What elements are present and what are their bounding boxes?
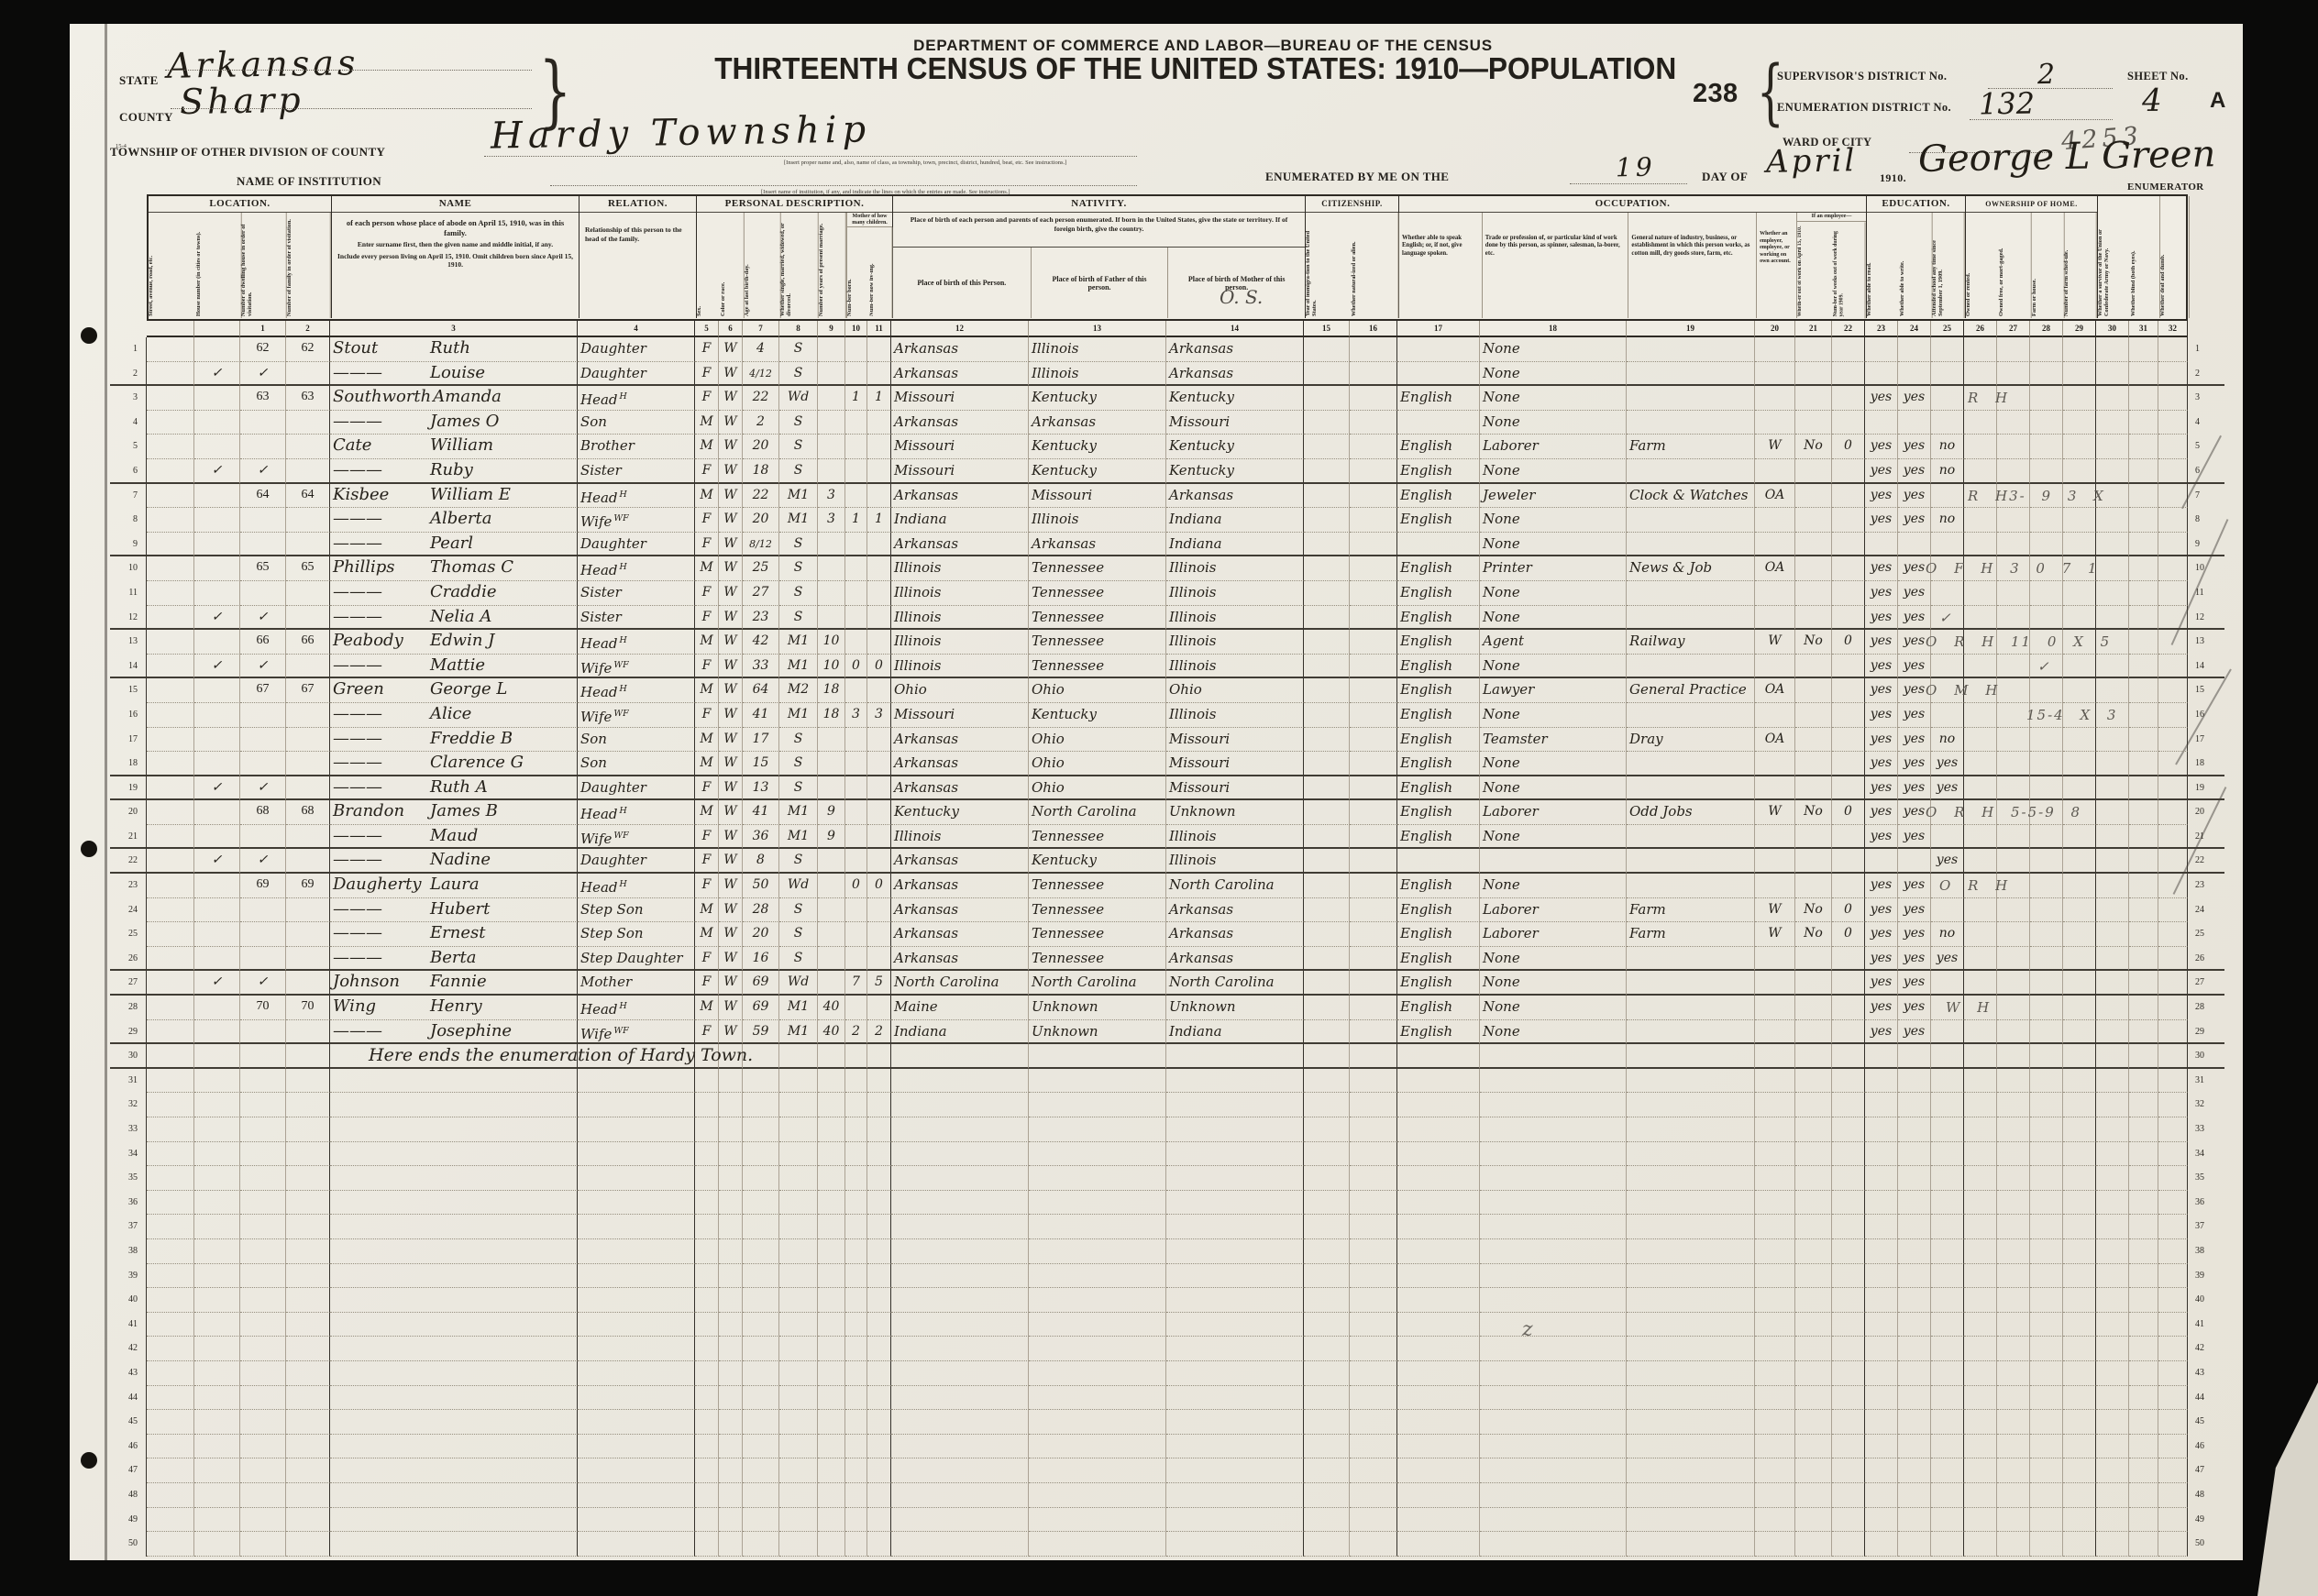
census-line-19: 19✓✓———Ruth ADaughterFW13SArkansasOhioMi… [110, 776, 2224, 801]
cell-own [1964, 1532, 1997, 1557]
cell-read: yes [1865, 752, 1898, 776]
cell-write [1898, 1288, 1931, 1313]
cell-blind [2129, 996, 2158, 1020]
cell-nat [1350, 1117, 1397, 1142]
cell-rel: HeadH [578, 874, 695, 898]
cell-st [147, 1337, 194, 1361]
cell-trade [1480, 1288, 1627, 1313]
cell-sch: no [1931, 459, 1964, 484]
cell-imm [1304, 825, 1350, 850]
cell-pm: Illinois [1166, 581, 1304, 606]
cell-ind [1627, 1117, 1755, 1142]
cell-lnR: 27 [2188, 971, 2224, 996]
cell-cb [845, 411, 867, 435]
cell-st [147, 435, 194, 459]
cell-fm [1997, 1361, 2030, 1386]
cell-blind [2129, 556, 2158, 581]
cell-yrs [818, 1166, 845, 1191]
cell-surv [2096, 556, 2129, 581]
cell-trade: Laborer [1480, 898, 1627, 923]
cell-fam [286, 1508, 330, 1533]
cell-cb [845, 1508, 867, 1533]
cell-surv [2096, 678, 2129, 703]
cell-trade: Lawyer [1480, 678, 1627, 703]
cell-yrs [818, 459, 845, 484]
cell-emp [1755, 752, 1795, 776]
cell-rel: HeadH [578, 386, 695, 411]
cell-pob [891, 1435, 1029, 1459]
cell-fs [2063, 1239, 2096, 1264]
cell-pm: Illinois [1166, 703, 1304, 728]
cell-dw [240, 1264, 286, 1289]
cell-out [1795, 386, 1832, 411]
cell-eng [1397, 1215, 1480, 1239]
cell-fm [1997, 337, 2030, 362]
cell-color: W [719, 971, 743, 996]
cell-dw [240, 752, 286, 776]
cell-fam [286, 1532, 330, 1557]
cell-fs [2063, 1117, 2096, 1142]
cell-read [1865, 1264, 1898, 1289]
cell-lnR: 11 [2188, 581, 2224, 606]
cell-fh [2030, 996, 2063, 1020]
cell-imm [1304, 1337, 1350, 1361]
cell-trade [1480, 1458, 1627, 1483]
cell-ind [1627, 996, 1755, 1020]
cell-sch [1931, 1386, 1964, 1411]
cell-out [1795, 459, 1832, 484]
cell-write: yes [1898, 971, 1931, 996]
cell-hn [194, 1069, 240, 1094]
cell-fh [2030, 752, 2063, 776]
cell-own [1964, 728, 1997, 753]
cell-own [1964, 1337, 1997, 1361]
cell-blind [2129, 533, 2158, 557]
column-number [194, 321, 240, 337]
cell-dw: 69 [240, 874, 286, 898]
cell-pob: Arkansas [891, 533, 1029, 557]
cell-fh [2030, 1532, 2063, 1557]
cell-fs [2063, 1288, 2096, 1313]
col-school: Attended school any time since September… [1932, 213, 1965, 318]
cell-color: W [719, 630, 743, 655]
cell-name [330, 1458, 578, 1483]
cell-lnL: 23 [110, 874, 147, 898]
cell-hn [194, 1166, 240, 1191]
cell-st [147, 337, 194, 362]
cell-color [719, 1142, 743, 1167]
cell-trade: None [1480, 703, 1627, 728]
cell-lnL: 17 [110, 728, 147, 753]
cell-nat [1350, 1020, 1397, 1045]
cell-trade [1480, 1044, 1627, 1069]
cell-name: ———Ruby [330, 459, 578, 484]
cell-deaf [2158, 1386, 2188, 1411]
cell-fm [1997, 1166, 2030, 1191]
cell-pf: Tennessee [1029, 655, 1166, 679]
cell-ind [1627, 947, 1755, 972]
cell-st [147, 849, 194, 874]
cell-read: yes [1865, 971, 1898, 996]
cell-trade: None [1480, 1020, 1627, 1045]
cell-eng [1397, 1410, 1480, 1435]
cell-dw [240, 411, 286, 435]
cell-surv [2096, 533, 2129, 557]
cell-color [719, 1239, 743, 1264]
cell-pf: Ohio [1029, 776, 1166, 801]
cell-imm [1304, 533, 1350, 557]
cell-fs [2063, 581, 2096, 606]
cell-out: No [1795, 922, 1832, 947]
cell-lnL: 15 [110, 678, 147, 703]
cell-dw [240, 1410, 286, 1435]
cell-lnL: 2 [110, 362, 147, 387]
cell-sex [695, 1483, 719, 1508]
cell-name [330, 1264, 578, 1289]
cell-deaf [2158, 849, 2188, 874]
cell-wks [1832, 606, 1865, 631]
cell-mar [779, 1458, 818, 1483]
cell-lnR: 7 [2188, 484, 2224, 509]
cell-imm [1304, 800, 1350, 825]
cell-deaf [2158, 386, 2188, 411]
cell-trade: None [1480, 459, 1627, 484]
cell-nat [1350, 1166, 1397, 1191]
cell-age [743, 1264, 779, 1289]
cell-fs [2063, 825, 2096, 850]
cell-wks [1832, 1337, 1865, 1361]
cell-pf [1029, 1093, 1166, 1117]
cell-trade [1480, 1508, 1627, 1533]
cell-imm [1304, 606, 1350, 631]
cell-dw: 68 [240, 800, 286, 825]
name-desc-3: Include every person living on April 15,… [337, 252, 573, 270]
cell-yrs: 40 [818, 996, 845, 1020]
cell-wks [1832, 1532, 1865, 1557]
cell-st [147, 1532, 194, 1557]
cell-fs [2063, 947, 2096, 972]
cell-pm: Missouri [1166, 728, 1304, 753]
cell-write: yes [1898, 898, 1931, 923]
census-line-10: 106565PhillipsThomas CHeadHMW25SIllinois… [110, 556, 2224, 581]
cell-pob: Missouri [891, 703, 1029, 728]
cell-hn [194, 728, 240, 753]
cell-own [1964, 362, 1997, 387]
cell-dw [240, 1093, 286, 1117]
cell-lnL: 6 [110, 459, 147, 484]
col-birthplace-person: Place of birth of this Person. [893, 248, 1031, 318]
cell-cb: 7 [845, 971, 867, 996]
cell-color: W [719, 874, 743, 898]
cell-out [1795, 1337, 1832, 1361]
cell-name [330, 1313, 578, 1337]
cell-hn: ✓ [194, 459, 240, 484]
cell-yrs [818, 1239, 845, 1264]
cell-write: yes [1898, 508, 1931, 533]
cell-emp [1755, 386, 1795, 411]
cell-blind [2129, 362, 2158, 387]
cell-lnR: 14 [2188, 655, 2224, 679]
cell-eng: English [1397, 508, 1480, 533]
cell-blind [2129, 971, 2158, 996]
cell-read: yes [1865, 655, 1898, 679]
cell-fh [2030, 533, 2063, 557]
cell-lnL: 13 [110, 630, 147, 655]
cell-st [147, 1044, 194, 1069]
cell-st [147, 1483, 194, 1508]
cell-imm [1304, 728, 1350, 753]
cell-lnR: 18 [2188, 752, 2224, 776]
cell-blind [2129, 728, 2158, 753]
cell-yrs [818, 1532, 845, 1557]
cell-mar: M1 [779, 825, 818, 850]
column-number: 28 [2030, 321, 2063, 337]
cell-out [1795, 533, 1832, 557]
cell-sex: F [695, 703, 719, 728]
cell-pm: Kentucky [1166, 459, 1304, 484]
cell-fm [1997, 1044, 2030, 1069]
cell-read: yes [1865, 459, 1898, 484]
cell-imm [1304, 581, 1350, 606]
cell-hn [194, 1117, 240, 1142]
pencil-annotation: ✓ [1939, 606, 1953, 630]
pencil-annotation: O F H 3 0 7 1 [1926, 556, 2099, 580]
cell-fs [2063, 1020, 2096, 1045]
census-line-46: 4646 [110, 1435, 2224, 1459]
cell-yrs [818, 1215, 845, 1239]
cell-pf [1029, 1483, 1166, 1508]
cell-hn [194, 1093, 240, 1117]
cell-fam: 66 [286, 630, 330, 655]
cell-mar [779, 1117, 818, 1142]
cell-mar: M2 [779, 678, 818, 703]
col-weeks-out: Num-ber of weeks out of work during year… [1833, 222, 1866, 318]
cell-fm [1997, 508, 2030, 533]
cell-hn [194, 386, 240, 411]
cell-imm [1304, 1020, 1350, 1045]
cell-own [1964, 1288, 1997, 1313]
cell-blind [2129, 630, 2158, 655]
cell-sex: M [695, 435, 719, 459]
cell-fam: 68 [286, 800, 330, 825]
cell-yrs [818, 971, 845, 996]
cell-blind [2129, 800, 2158, 825]
cell-st [147, 1361, 194, 1386]
cell-hn [194, 1508, 240, 1533]
cell-name: ———Pearl [330, 533, 578, 557]
cell-trade [1480, 1337, 1627, 1361]
cell-name: DaughertyLaura [330, 874, 578, 898]
cell-fam: 70 [286, 996, 330, 1020]
cell-nat [1350, 655, 1397, 679]
cell-trade [1480, 1093, 1627, 1117]
cell-fs [2063, 1532, 2096, 1557]
cell-fh [2030, 1508, 2063, 1533]
cell-color: W [719, 752, 743, 776]
cell-cb [845, 1386, 867, 1411]
cell-blind [2129, 1386, 2158, 1411]
cell-sex: M [695, 556, 719, 581]
cell-surv [2096, 728, 2129, 753]
cell-read [1865, 1508, 1898, 1533]
census-line-29: 29———JosephineWifeWFFW59M14022IndianaUnk… [110, 1020, 2224, 1045]
nativity-desc: Place of birth of each person and parent… [893, 213, 1305, 248]
cell-age: 4/12 [743, 362, 779, 387]
cell-age: 36 [743, 825, 779, 850]
cell-hn [194, 1239, 240, 1264]
cell-fam [286, 947, 330, 972]
cell-fs [2063, 678, 2096, 703]
cell-fm [1997, 1410, 2030, 1435]
cell-lnR: 6 [2188, 459, 2224, 484]
cell-out [1795, 508, 1832, 533]
cell-pob [891, 1093, 1029, 1117]
cell-fam [286, 655, 330, 679]
header-group-citizenship: CITIZENSHIP. Year of immigra-tion to the… [1306, 196, 1399, 318]
cell-fam [286, 1239, 330, 1264]
cell-blind [2129, 1435, 2158, 1459]
cell-fm [1997, 581, 2030, 606]
cell-mar: M1 [779, 630, 818, 655]
cell-pob: Arkansas [891, 362, 1029, 387]
cell-trade: Laborer [1480, 435, 1627, 459]
cell-pob: Arkansas [891, 411, 1029, 435]
cell-nat [1350, 435, 1397, 459]
cell-dw: 66 [240, 630, 286, 655]
cell-fs [2063, 728, 2096, 753]
cell-imm [1304, 655, 1350, 679]
state-line [165, 70, 532, 71]
cell-st [147, 874, 194, 898]
cell-color [719, 1337, 743, 1361]
cell-lnR: 49 [2188, 1508, 2224, 1533]
cell-trade [1480, 1361, 1627, 1386]
cell-color: W [719, 533, 743, 557]
pencil-annotation: W H [1946, 996, 1991, 1019]
cell-trade: None [1480, 606, 1627, 631]
cell-fs [2063, 1508, 2096, 1533]
cell-sex: F [695, 947, 719, 972]
cell-lnR: 33 [2188, 1117, 2224, 1142]
cell-cl [867, 581, 891, 606]
cell-fs [2063, 1069, 2096, 1094]
cell-mar: S [779, 606, 818, 631]
cell-surv [2096, 1044, 2129, 1069]
cell-deaf [2158, 1215, 2188, 1239]
cell-sch: yes [1931, 776, 1964, 801]
census-line-40: 4040 [110, 1288, 2224, 1313]
cell-wks [1832, 1458, 1865, 1483]
cell-cl [867, 459, 891, 484]
cell-pm [1166, 1386, 1304, 1411]
cell-cb: 0 [845, 874, 867, 898]
cell-read [1865, 1142, 1898, 1167]
cell-age [743, 1142, 779, 1167]
cell-hn: ✓ [194, 362, 240, 387]
cell-pob [891, 1117, 1029, 1142]
census-line-38: 3838 [110, 1239, 2224, 1264]
cell-mar: S [779, 362, 818, 387]
cell-name: ———James O [330, 411, 578, 435]
cell-imm [1304, 971, 1350, 996]
cell-surv [2096, 1264, 2129, 1289]
cell-hn [194, 678, 240, 703]
cell-lnR: 12 [2188, 606, 2224, 631]
cell-name: JohnsonFannie [330, 971, 578, 996]
cell-lnL: 33 [110, 1117, 147, 1142]
cell-yrs [818, 947, 845, 972]
cell-ind [1627, 849, 1755, 874]
cell-age: 22 [743, 386, 779, 411]
cell-hn: ✓ [194, 606, 240, 631]
cell-name: ———Clarence G [330, 752, 578, 776]
cell-cl [867, 800, 891, 825]
col-write: Whether able to write. [1900, 213, 1933, 318]
cell-rel [578, 1069, 695, 1094]
cell-fh [2030, 1410, 2063, 1435]
cell-emp [1755, 655, 1795, 679]
cell-age [743, 1215, 779, 1239]
cell-age [743, 1093, 779, 1117]
cell-trade [1480, 1166, 1627, 1191]
cell-pf: North Carolina [1029, 971, 1166, 996]
cell-lnR: 25 [2188, 922, 2224, 947]
cell-out [1795, 1117, 1832, 1142]
census-line-11: 11———CraddieSisterFW27SIllinoisTennessee… [110, 581, 2224, 606]
cell-surv [2096, 1337, 2129, 1361]
cell-cl [867, 728, 891, 753]
cell-mar [779, 1142, 818, 1167]
cell-color: W [719, 996, 743, 1020]
cell-cb [845, 337, 867, 362]
cell-pob: Illinois [891, 606, 1029, 631]
cell-surv [2096, 1142, 2129, 1167]
cell-fh [2030, 362, 2063, 387]
cell-nat [1350, 971, 1397, 996]
cell-emp [1755, 533, 1795, 557]
cell-ind [1627, 1483, 1755, 1508]
cell-mar: S [779, 776, 818, 801]
cell-fam [286, 508, 330, 533]
cell-name [330, 1435, 578, 1459]
cell-cl: 1 [867, 386, 891, 411]
cell-age: 69 [743, 971, 779, 996]
cell-pob [891, 1313, 1029, 1337]
cell-trade: None [1480, 581, 1627, 606]
cell-pm [1166, 1264, 1304, 1289]
cell-st [147, 971, 194, 996]
scan-border-right [2243, 0, 2318, 1596]
cell-dw: ✓ [240, 849, 286, 874]
cell-hn [194, 1386, 240, 1411]
cell-fm [1997, 1142, 2030, 1167]
cell-write: yes [1898, 947, 1931, 972]
cell-mar: S [779, 849, 818, 874]
cell-surv [2096, 655, 2129, 679]
cell-eng: English [1397, 776, 1480, 801]
cell-fh [2030, 776, 2063, 801]
cell-imm [1304, 386, 1350, 411]
cell-pob: Arkansas [891, 922, 1029, 947]
cell-pob [891, 1337, 1029, 1361]
cell-trade: None [1480, 947, 1627, 972]
cell-fm [1997, 728, 2030, 753]
cell-trade [1480, 1239, 1627, 1264]
cell-dw [240, 1166, 286, 1191]
cell-hn [194, 533, 240, 557]
cell-lnL: 42 [110, 1337, 147, 1361]
cell-sch [1931, 1483, 1964, 1508]
